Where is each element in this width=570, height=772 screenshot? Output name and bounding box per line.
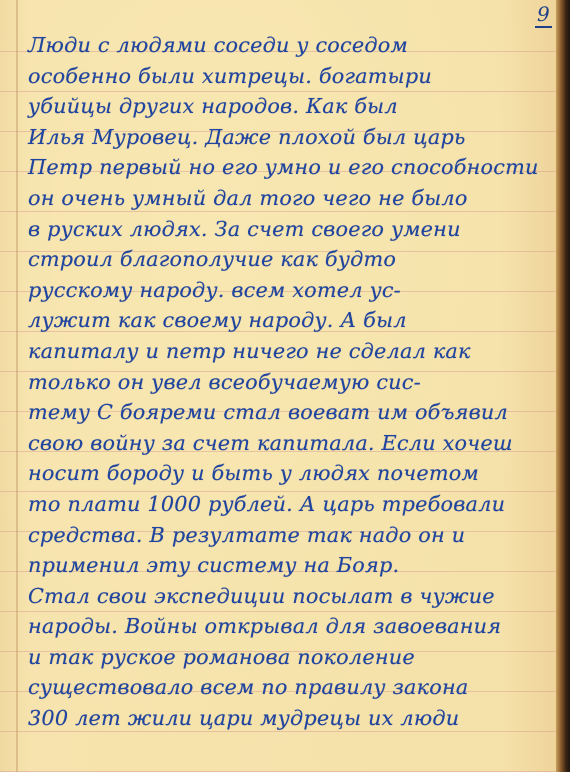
text-line: средства. В резултате так надо он и [28, 520, 548, 551]
text-line: капиталу и петр ничего не сделал как [28, 336, 548, 367]
text-line: народы. Войны открывал для завоевания [28, 611, 548, 642]
text-line: существовало всем по правилу закона [28, 672, 548, 703]
text-line: убийцы других народов. Как был [28, 91, 548, 122]
text-line: применил эту систему на Бояр. [28, 550, 548, 581]
notebook-page: 9 Люди с людями соседи у соседомособенно… [0, 0, 560, 772]
text-line: Люди с людями соседи у соседом [28, 30, 548, 61]
text-line: то плати 1000 рублей. А царь требовали [28, 489, 548, 520]
text-line: лужит как своему народу. А был [28, 305, 548, 336]
text-line: в руских людях. За счет своего умени [28, 214, 548, 245]
text-line: свою войну за счет капитала. Если хочеш [28, 428, 548, 459]
text-line: Илья Муровец. Даже плохой был царь [28, 122, 548, 153]
text-line: особенно были хитрецы. богатыри [28, 61, 548, 92]
text-line: 300 лет жили цари мудрецы их люди [28, 703, 548, 734]
handwritten-text: Люди с людями соседи у соседомособенно б… [28, 30, 548, 734]
text-line: Стал свои экспедиции посылат в чужие [28, 581, 548, 612]
text-line: Петр первый но его умно и его способност… [28, 152, 548, 183]
text-line: русскому народу. всем хотел ус- [28, 275, 548, 306]
page-number: 9 [535, 2, 552, 28]
page-edge [556, 0, 570, 772]
text-line: только он увел всеобучаемую сис- [28, 367, 548, 398]
text-line: и так руское романова поколение [28, 642, 548, 673]
margin-line [16, 0, 18, 772]
text-line: носит бороду и быть у людях почетом [28, 458, 548, 489]
text-line: он очень умный дал того чего не было [28, 183, 548, 214]
text-line: строил благополучие как будто [28, 244, 548, 275]
text-line: тему С бояреми стал воеват им объявил [28, 397, 548, 428]
